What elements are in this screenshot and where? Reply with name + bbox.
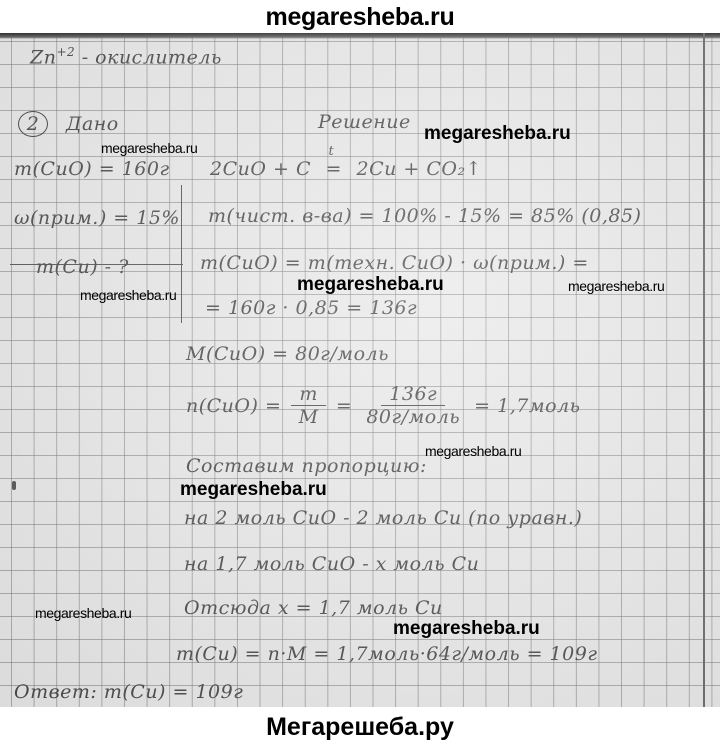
equation-equals: =t <box>326 158 342 180</box>
oxidizer-note: Zn+2 - окислитель <box>30 45 222 68</box>
moles-result: = 1,7моль <box>474 395 580 417</box>
fraction-formula-den: M <box>295 406 323 428</box>
watermark: megaresheba.ru <box>425 443 521 459</box>
solution-line-moles: n(CuO) = m M = 136г 80г/моль = 1,7моль <box>186 383 580 428</box>
watermark-bold: megaresheba.ru <box>297 274 444 296</box>
fraction-formula-num: m <box>291 383 326 406</box>
hence-line: Отсюда x = 1,7 моль Cu <box>184 597 443 619</box>
solution-line-molar-mass: M(CuO) = 80г/моль <box>186 343 389 365</box>
ion-charge: +2 <box>56 45 75 59</box>
watermark-bold: megaresheba.ru <box>424 123 571 145</box>
answer-line: Ответ: m(Cu) = 109г <box>14 681 243 703</box>
reaction-equation: 2CuO + C =t 2Cu + CO₂↑ <box>210 158 482 180</box>
fraction-values: 136г 80г/моль <box>362 383 464 428</box>
given-line-mass: m(CuO) = 160г <box>14 158 170 180</box>
watermark: megaresheba.ru <box>80 287 176 303</box>
watermark: megaresheba.ru <box>101 140 197 156</box>
site-footer: Мегарешеба.ру <box>0 707 720 747</box>
given-title: Дано <box>66 113 119 135</box>
heat-condition: t <box>329 144 335 159</box>
given-divider-vertical <box>181 185 182 323</box>
watermark: megaresheba.ru <box>35 605 131 621</box>
proportion-line-2: на 1,7 моль CuO - x моль Cu <box>184 553 479 575</box>
ink-spot <box>12 481 16 490</box>
moles-equals: = <box>336 395 352 417</box>
watermark-bold: megaresheba.ru <box>180 479 327 501</box>
margin-line <box>703 33 705 707</box>
fraction-values-num: 136г <box>381 383 445 406</box>
solution-title: Решение <box>318 111 411 133</box>
oxidizer-label: - окислитель <box>82 46 222 68</box>
given-find: m(Cu) - ? <box>36 256 129 278</box>
proportion-line-1: на 2 моль CuO - 2 моль Cu (по уравн.) <box>184 507 582 529</box>
given-heading: 2Дано <box>18 111 119 137</box>
notebook-page: Zn+2 - окислитель 2Дано Решение m(CuO) =… <box>0 33 720 707</box>
moles-lhs: n(CuO) = <box>186 395 281 417</box>
ion-symbol: Zn <box>30 46 56 68</box>
fraction-formula: m M <box>291 383 326 428</box>
equation-right: 2Cu + CO₂↑ <box>357 158 483 180</box>
watermark-bold: megaresheba.ru <box>393 618 540 640</box>
problem-number: 2 <box>18 111 48 137</box>
solution-line-pure-mass: m(CuO) = m(техн. CuO) · ω(прим.) = <box>200 252 589 274</box>
solution-line-pure-mass-value: = 160г · 0,85 = 136г <box>205 297 417 319</box>
proportion-title: Составим пропорцию: <box>186 455 427 477</box>
given-line-impurity: ω(прим.) = 15% <box>14 207 180 229</box>
watermark: megaresheba.ru <box>568 278 664 294</box>
fraction-values-den: 80г/моль <box>362 406 464 428</box>
equation-left: 2CuO + C <box>210 158 311 180</box>
mass-result-line: m(Cu) = n·M = 1,7моль·64г/моль = 109г <box>176 643 597 665</box>
site-header: megaresheba.ru <box>0 0 720 34</box>
solution-line-purity: m(чист. в-ва) = 100% - 15% = 85% (0,85) <box>208 205 641 227</box>
